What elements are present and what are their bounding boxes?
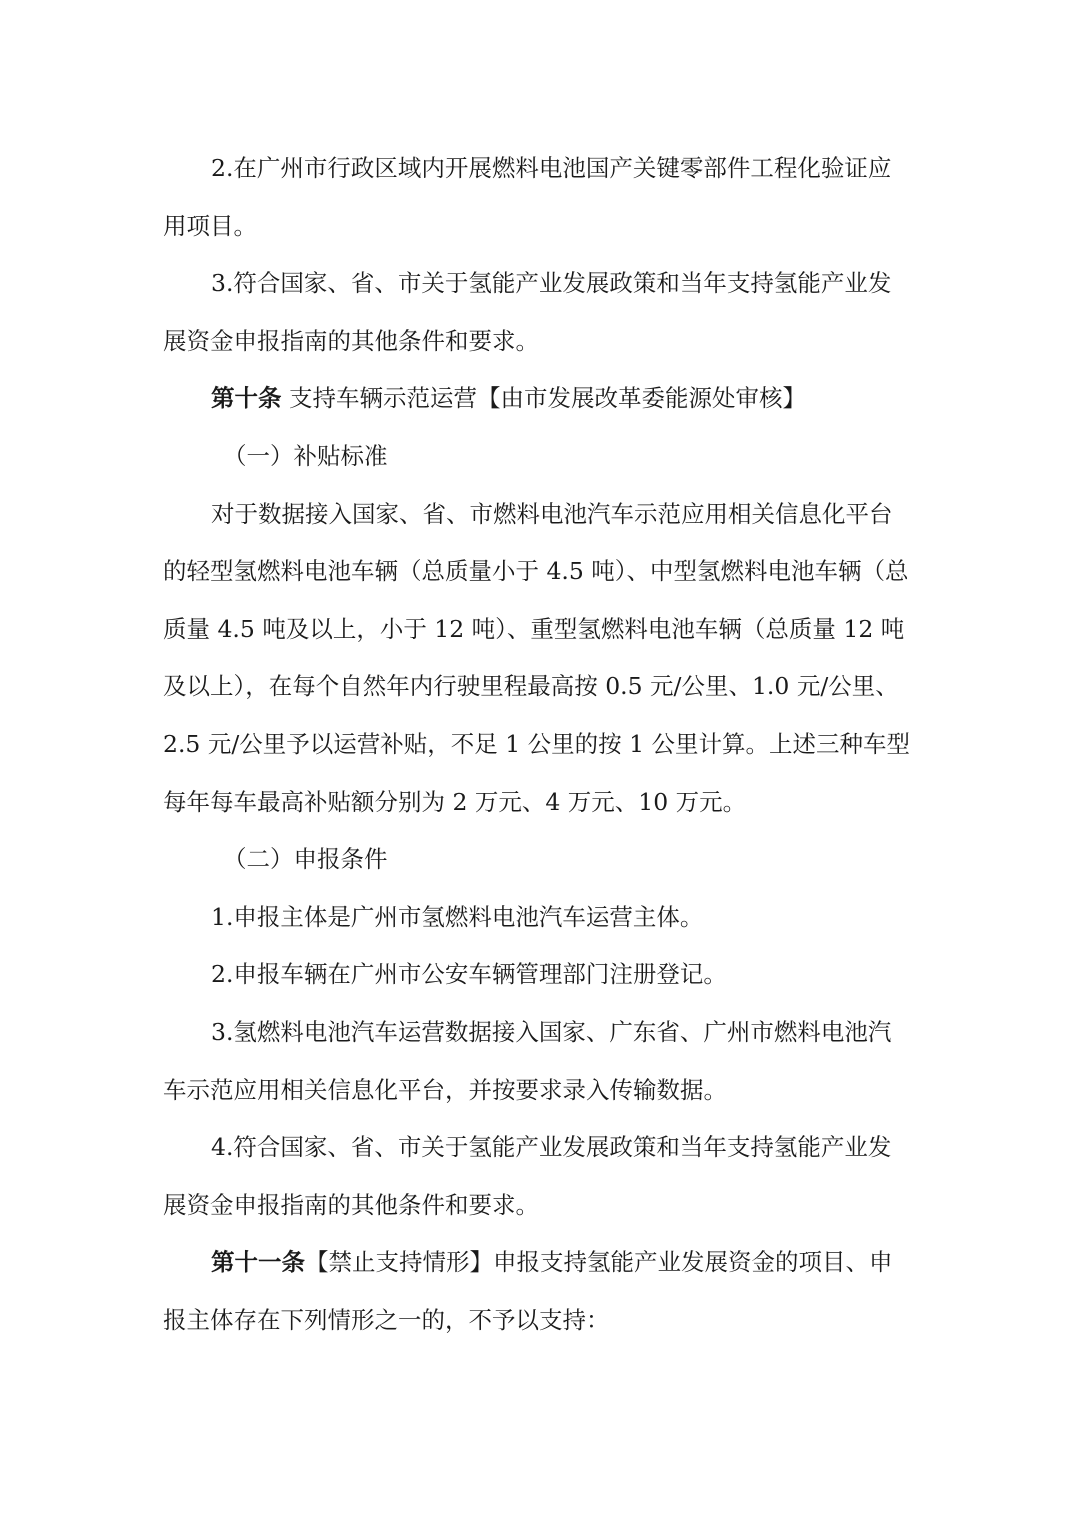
text-line: 1.申报主体是广州市氢燃料电池汽车运营主体。: [163, 889, 919, 947]
text-line: 车示范应用相关信息化平台，并按要求录入传输数据。: [163, 1062, 919, 1120]
text-line: 4.符合国家、省、市关于氢能产业发展政策和当年支持氢能产业发: [163, 1119, 919, 1177]
text-line: 的轻型氢燃料电池车辆（总质量小于 4.5 吨）、中型氢燃料电池车辆（总: [163, 543, 919, 601]
subheading-text: （一）补贴标准: [163, 428, 919, 486]
condition-item-3: 3.氢燃料电池汽车运营数据接入国家、广东省、广州市燃料电池汽 车示范应用相关信息…: [163, 1004, 919, 1119]
condition-item-1: 1.申报主体是广州市氢燃料电池汽车运营主体。: [163, 889, 919, 947]
text-line: 3.符合国家、省、市关于氢能产业发展政策和当年支持氢能产业发: [163, 255, 919, 313]
text-line: 展资金申报指南的其他条件和要求。: [163, 313, 919, 371]
condition-item-2: 2.申报车辆在广州市公安车辆管理部门注册登记。: [163, 946, 919, 1004]
article-title: 支持车辆示范运营【由市发展改革委能源处审核】: [282, 384, 806, 412]
subheading-application-conditions: （二）申报条件: [163, 831, 919, 889]
text-line: 2.5 元/公里予以运营补贴，不足 1 公里的按 1 公里计算。上述三种车型: [163, 716, 919, 774]
paragraph-item-2: 2.在广州市行政区域内开展燃料电池国产关键零部件工程化验证应 用项目。: [163, 140, 919, 255]
subheading-text: （二）申报条件: [163, 831, 919, 889]
condition-item-4: 4.符合国家、省、市关于氢能产业发展政策和当年支持氢能产业发 展资金申报指南的其…: [163, 1119, 919, 1234]
subheading-subsidy-standard: （一）补贴标准: [163, 428, 919, 486]
text-line: 对于数据接入国家、省、市燃料电池汽车示范应用相关信息化平台: [163, 486, 919, 544]
text-line: 质量 4.5 吨及以上，小于 12 吨）、重型氢燃料电池车辆（总质量 12 吨: [163, 601, 919, 659]
document-page: 2.在广州市行政区域内开展燃料电池国产关键零部件工程化验证应 用项目。 3.符合…: [163, 140, 919, 1349]
article-11-paragraph: 第十一条【禁止支持情形】申报支持氢能产业发展资金的项目、申 报主体存在下列情形之…: [163, 1234, 919, 1349]
article-label: 第十一条: [211, 1248, 305, 1276]
article-label: 第十条: [211, 384, 282, 412]
article-10-heading: 第十条 支持车辆示范运营【由市发展改革委能源处审核】: [163, 370, 919, 428]
text-line: 用项目。: [163, 198, 919, 256]
paragraph-item-3: 3.符合国家、省、市关于氢能产业发展政策和当年支持氢能产业发 展资金申报指南的其…: [163, 255, 919, 370]
text-line: 展资金申报指南的其他条件和要求。: [163, 1177, 919, 1235]
text-line: 【禁止支持情形】申报支持氢能产业发展资金的项目、申: [305, 1248, 893, 1276]
text-line: 2.在广州市行政区域内开展燃料电池国产关键零部件工程化验证应: [163, 140, 919, 198]
text-line: 3.氢燃料电池汽车运营数据接入国家、广东省、广州市燃料电池汽: [163, 1004, 919, 1062]
paragraph-subsidy-details: 对于数据接入国家、省、市燃料电池汽车示范应用相关信息化平台 的轻型氢燃料电池车辆…: [163, 486, 919, 832]
text-line: 每年每车最高补贴额分别为 2 万元、4 万元、10 万元。: [163, 774, 919, 832]
text-line: 报主体存在下列情形之一的，不予以支持：: [163, 1292, 919, 1350]
text-line: 及以上），在每个自然年内行驶里程最高按 0.5 元/公里、1.0 元/公里、: [163, 658, 919, 716]
text-line: 2.申报车辆在广州市公安车辆管理部门注册登记。: [163, 946, 919, 1004]
